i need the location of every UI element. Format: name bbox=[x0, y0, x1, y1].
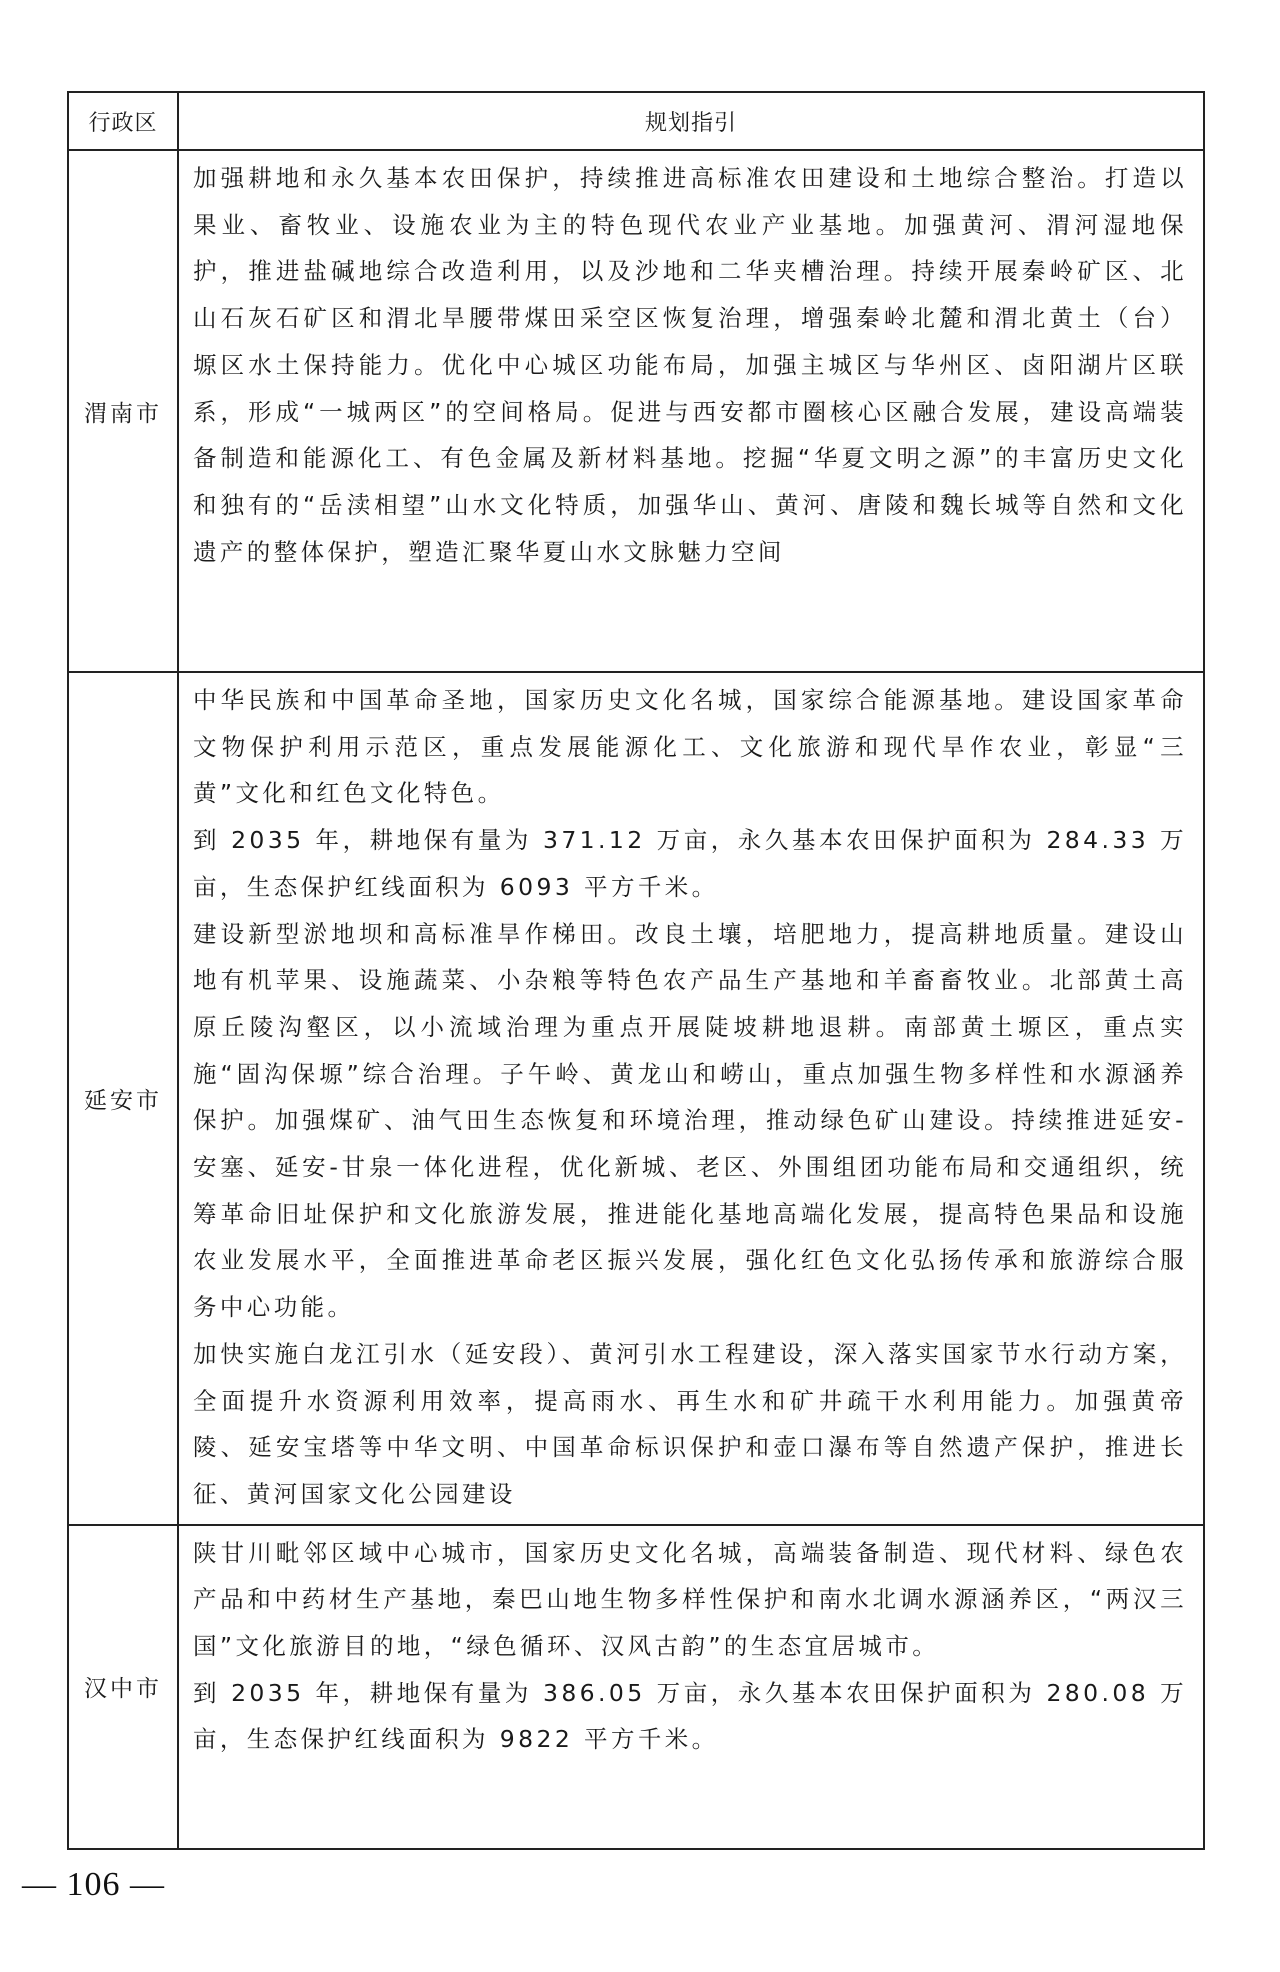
table-row: 延安市 中华民族和中国革命圣地，国家历史文化名城，国家综合能源基地。建设国家革命… bbox=[68, 672, 1204, 1525]
table-row: 汉中市 陕甘川毗邻区域中心城市，国家历史文化名城，高端装备制造、现代材料、绿色农… bbox=[68, 1525, 1204, 1849]
guidance-paragraph: 中华民族和中国革命圣地，国家历史文化名城，国家综合能源基地。建设国家革命文物保护… bbox=[193, 677, 1187, 817]
guidance-cell: 加强耕地和永久基本农田保护，持续推进高标准农田建设和土地综合整治。打造以果业、畜… bbox=[178, 150, 1204, 672]
header-region: 行政区 bbox=[68, 92, 178, 150]
planning-guidance-table: 行政区 规划指引 渭南市 加强耕地和永久基本农田保护，持续推进高标准农田建设和土… bbox=[67, 91, 1205, 1850]
region-name: 延安市 bbox=[68, 672, 178, 1525]
header-guidance: 规划指引 bbox=[178, 92, 1204, 150]
guidance-paragraph: 建设新型淤地坝和高标准旱作梯田。改良土壤，培肥地力，提高耕地质量。建设山地有机苹… bbox=[193, 911, 1187, 1331]
guidance-cell: 中华民族和中国革命圣地，国家历史文化名城，国家综合能源基地。建设国家革命文物保护… bbox=[178, 672, 1204, 1525]
guidance-paragraph: 陕甘川毗邻区域中心城市，国家历史文化名城，高端装备制造、现代材料、绿色农产品和中… bbox=[193, 1530, 1187, 1670]
region-name: 渭南市 bbox=[68, 150, 178, 672]
table-header-row: 行政区 规划指引 bbox=[68, 92, 1204, 150]
table-row: 渭南市 加强耕地和永久基本农田保护，持续推进高标准农田建设和土地综合整治。打造以… bbox=[68, 150, 1204, 672]
guidance-paragraph: 加强耕地和永久基本农田保护，持续推进高标准农田建设和土地综合整治。打造以果业、畜… bbox=[193, 155, 1187, 575]
region-name: 汉中市 bbox=[68, 1525, 178, 1849]
guidance-paragraph: 到 2035 年，耕地保有量为 386.05 万亩，永久基本农田保护面积为 28… bbox=[193, 1670, 1187, 1763]
page-number: — 106 — bbox=[22, 1866, 165, 1904]
guidance-cell: 陕甘川毗邻区域中心城市，国家历史文化名城，高端装备制造、现代材料、绿色农产品和中… bbox=[178, 1525, 1204, 1849]
guidance-paragraph: 加快实施白龙江引水（延安段）、黄河引水工程建设，深入落实国家节水行动方案，全面提… bbox=[193, 1331, 1187, 1518]
guidance-paragraph: 到 2035 年，耕地保有量为 371.12 万亩，永久基本农田保护面积为 28… bbox=[193, 817, 1187, 910]
document-page: 行政区 规划指引 渭南市 加强耕地和永久基本农田保护，持续推进高标准农田建设和土… bbox=[0, 0, 1280, 1972]
